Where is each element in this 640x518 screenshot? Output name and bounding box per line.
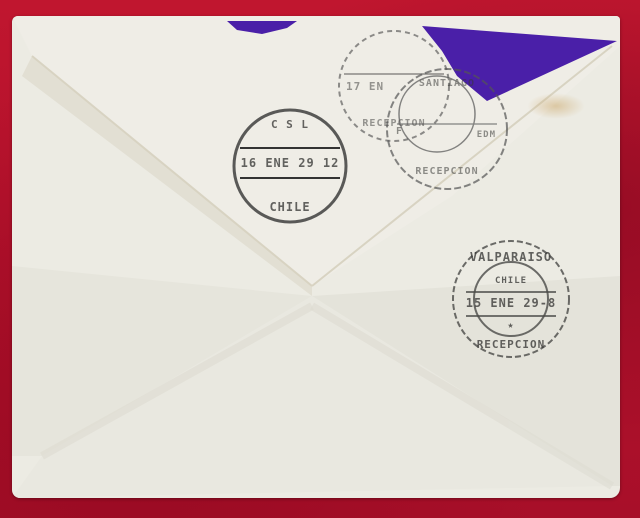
postmark-reception: RECEPCION (382, 166, 512, 177)
envelope-back: VALPARAISO CHILE 15 ENE 29-8 ★ RECEPCION… (12, 16, 620, 498)
postmark-chile: C S L 16 ENE 29 12 CHILE (230, 106, 350, 226)
postmark-country: CHILE (446, 276, 576, 286)
star-icon: ★ (446, 320, 576, 331)
postmark-city: C S L (230, 118, 350, 131)
postmark-side: EDM (366, 130, 496, 140)
postmark-santiago: SANTIAGO F EDM RECEPCION (382, 64, 512, 194)
paper-stain (527, 93, 585, 119)
postmark-country: CHILE (230, 200, 350, 214)
postmark-city: VALPARAISO (446, 250, 576, 264)
postmark-date: 15 ENE 29-8 (446, 296, 576, 310)
postmark-reception: RECEPCION (446, 338, 576, 351)
postmark-city: SANTIAGO (382, 78, 512, 89)
postmark-valparaiso: VALPARAISO CHILE 15 ENE 29-8 ★ RECEPCION (446, 234, 576, 364)
postmark-date: 16 ENE 29 12 (230, 156, 350, 170)
